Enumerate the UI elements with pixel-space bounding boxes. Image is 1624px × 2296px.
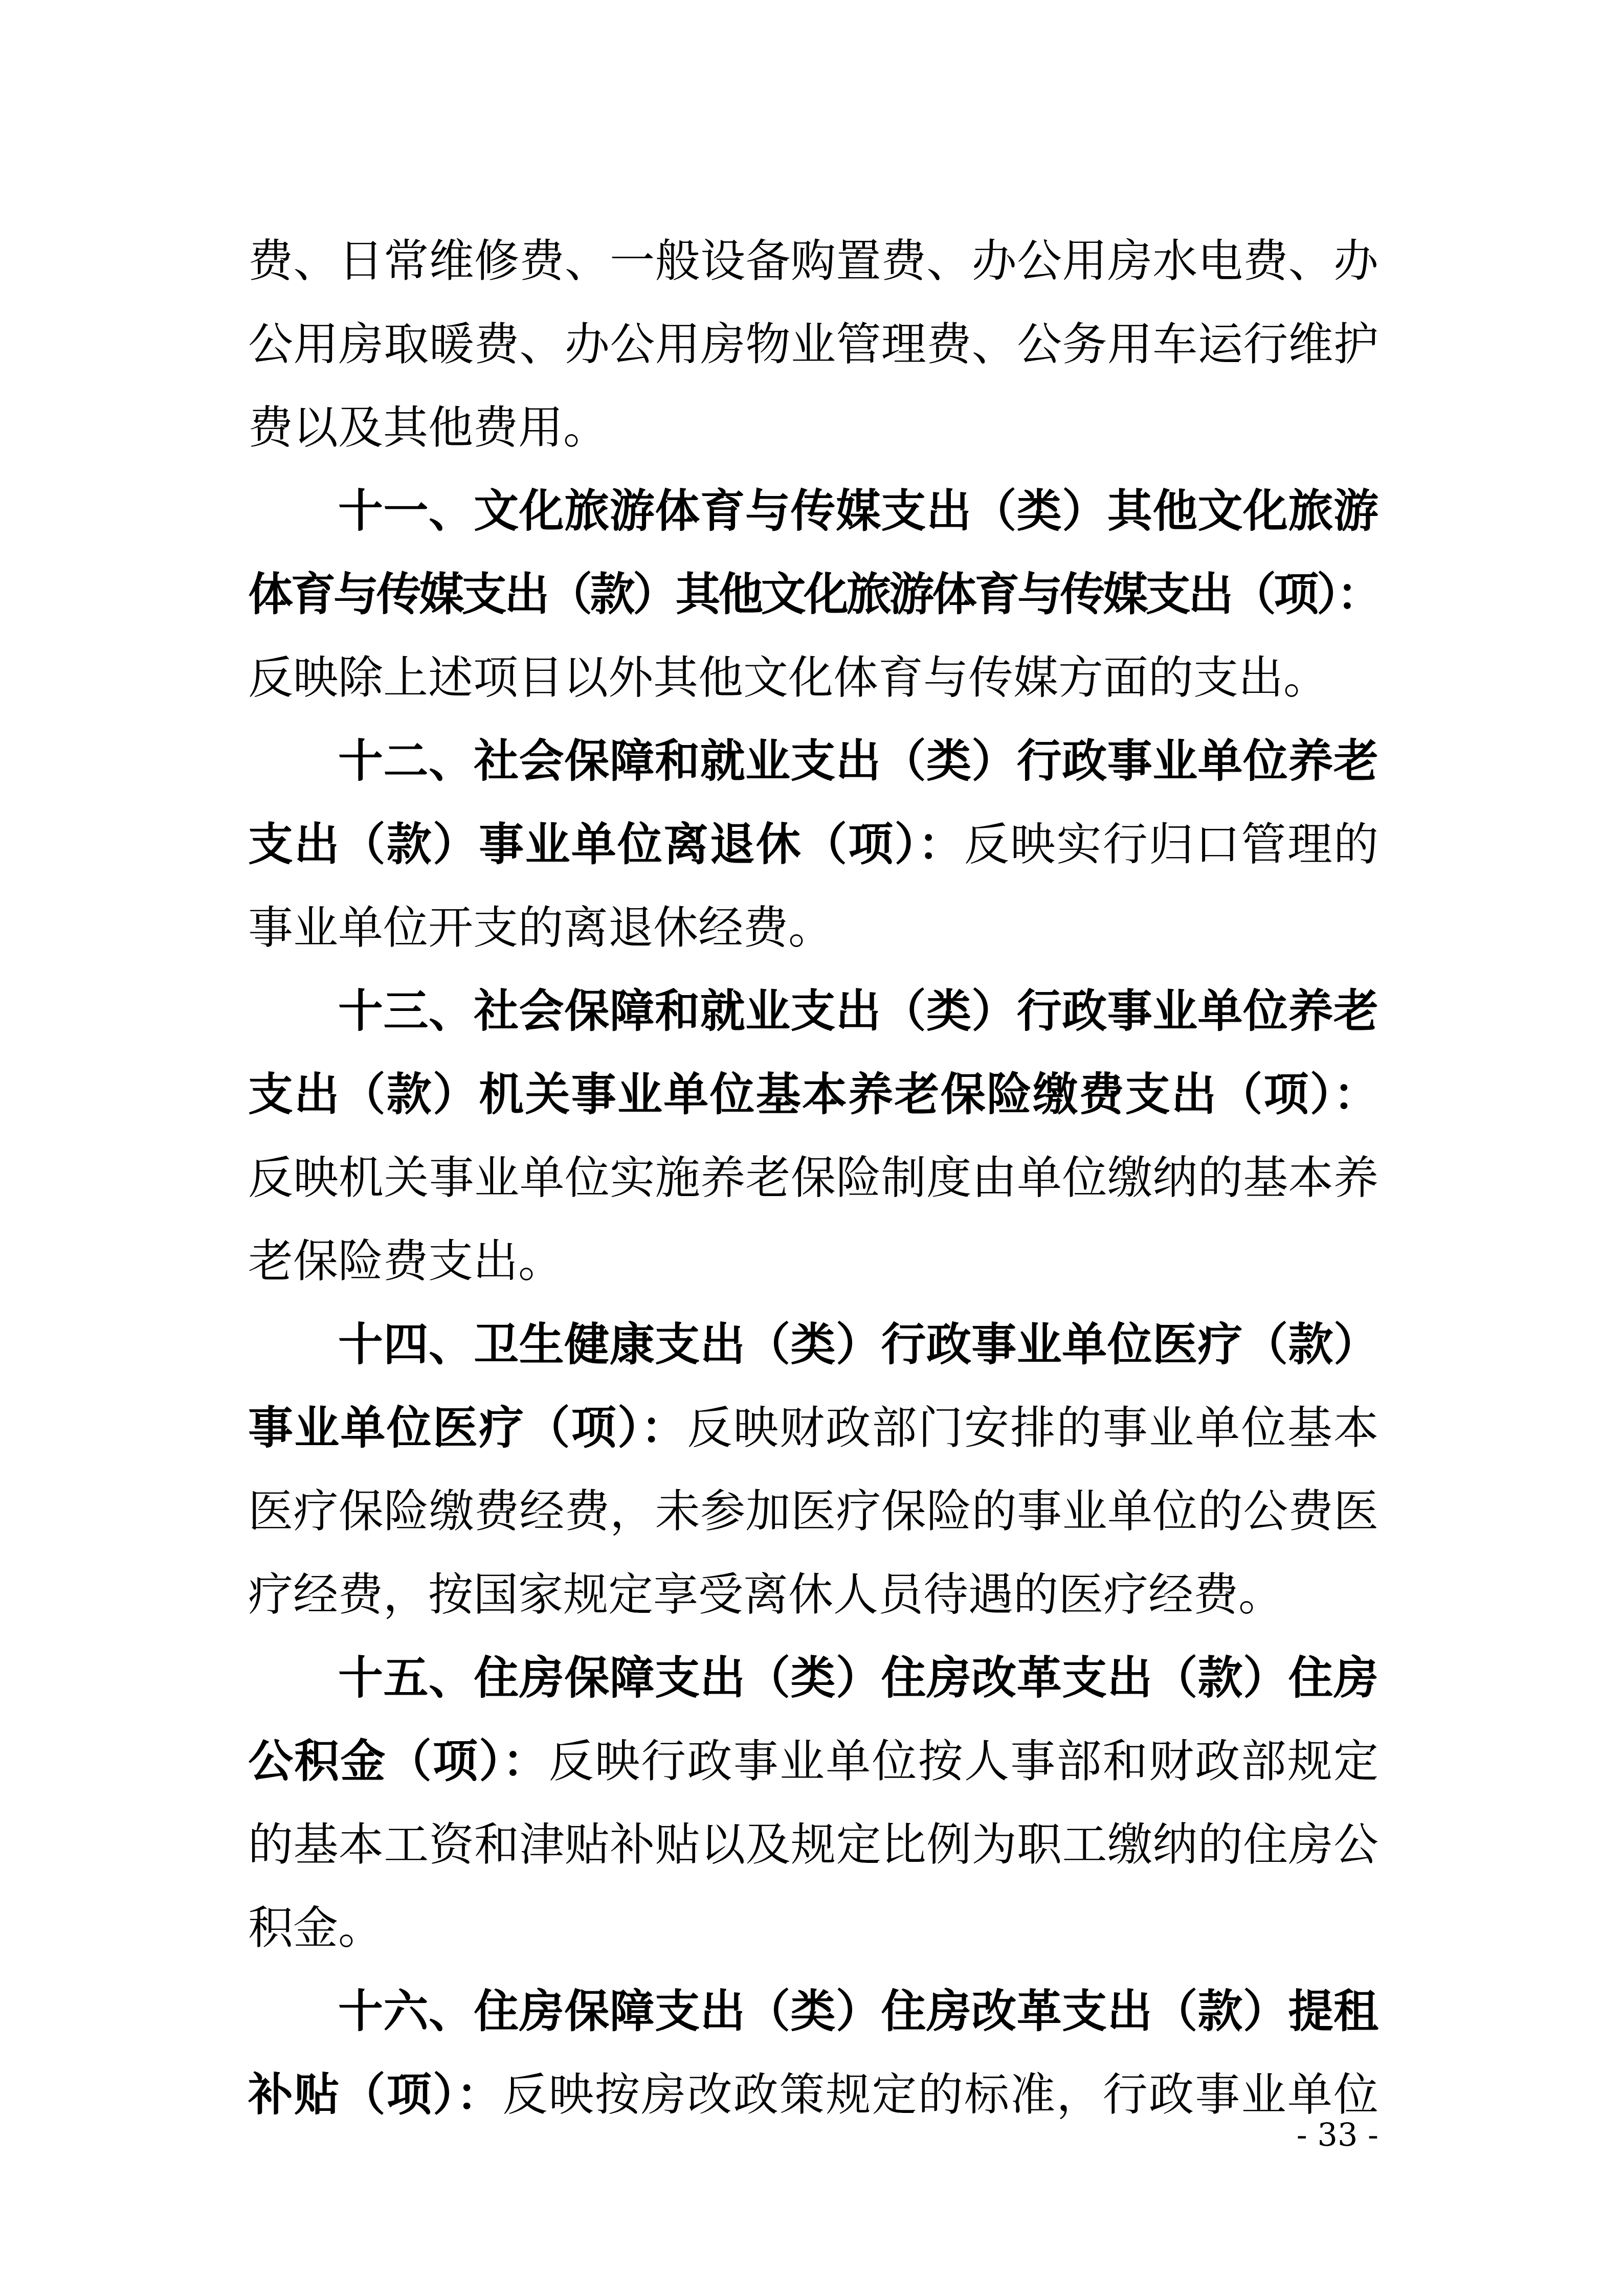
- body-segment: 反映行政事业单位按人事部和财政部规定: [549, 1735, 1378, 1787]
- document-page: 费、日常维修费、一般设备购置费、办公用房水电费、办公用房取暖费、办公用房物业管理…: [0, 0, 1624, 2296]
- body-segment: 老保险费支出。: [248, 1234, 563, 1287]
- text-line: 疗经费，按国家规定享受离休人员待遇的医疗经费。: [248, 1552, 1378, 1636]
- text-line: 积金。: [248, 1886, 1378, 1969]
- text-line: 老保险费支出。: [248, 1219, 1378, 1302]
- heading-segment: 公积金（项）：: [248, 1735, 549, 1787]
- body-segment: 积金。: [248, 1901, 383, 1954]
- heading-segment: 十一、文化旅游体育与传媒支出（类）其他文化旅游: [338, 484, 1378, 537]
- text-line: 事业单位医疗（项）：反映财政部门安排的事业单位基本: [248, 1386, 1378, 1469]
- heading-segment: 体育与传媒支出（款）其他文化旅游体育与传媒支出（项）：: [248, 568, 1378, 620]
- body-segment: 反映按房改政策规定的标准，行政事业单位: [503, 2068, 1378, 2121]
- heading-segment: 十二、社会保障和就业支出（类）行政事业单位养老: [338, 734, 1378, 787]
- text-line: 费、日常维修费、一般设备购置费、办公用房水电费、办: [248, 219, 1378, 302]
- body-segment: 疗经费，按国家规定享受离休人员待遇的医疗经费。: [248, 1568, 1283, 1620]
- body-segment: 反映机关事业单位实施养老保险制度由单位缴纳的基本养: [248, 1151, 1378, 1204]
- page-number: - 33 -: [248, 2114, 1378, 2155]
- heading-segment: 十六、住房保障支出（类）住房改革支出（款）提租: [338, 1985, 1378, 2037]
- body-segment: 医疗保险缴费经费，未参加医疗保险的事业单位的公费医: [248, 1484, 1378, 1537]
- text-line: 十三、社会保障和就业支出（类）行政事业单位养老: [248, 969, 1378, 1052]
- heading-segment: 支出（款）事业单位离退休（项）：: [248, 818, 964, 870]
- text-line: 反映机关事业单位实施养老保险制度由单位缴纳的基本养: [248, 1136, 1378, 1219]
- body-segment: 反映实行归口管理的: [964, 818, 1378, 870]
- body-segment: 反映除上述项目以外其他文化体育与传媒方面的支出。: [248, 651, 1328, 704]
- body-segment: 事业单位开支的离退休经费。: [248, 901, 833, 954]
- text-line: 十二、社会保障和就业支出（类）行政事业单位养老: [248, 719, 1378, 802]
- text-line: 费以及其他费用。: [248, 386, 1378, 469]
- heading-segment: 十四、卫生健康支出（类）行政事业单位医疗（款）: [338, 1318, 1378, 1370]
- text-line: 支出（款）机关事业单位基本养老保险缴费支出（项）：: [248, 1052, 1378, 1136]
- heading-segment: 十五、住房保障支出（类）住房改革支出（款）住房: [338, 1651, 1378, 1704]
- text-line: 支出（款）事业单位离退休（项）：反映实行归口管理的: [248, 802, 1378, 886]
- body-segment: 公用房取暖费、办公用房物业管理费、公务用车运行维护: [248, 318, 1378, 370]
- text-line: 医疗保险缴费经费，未参加医疗保险的事业单位的公费医: [248, 1469, 1378, 1552]
- heading-segment: 补贴（项）：: [248, 2068, 503, 2121]
- body-segment: 费、日常维修费、一般设备购置费、办公用房水电费、办: [248, 234, 1378, 287]
- document-body: 费、日常维修费、一般设备购置费、办公用房水电费、办公用房取暖费、办公用房物业管理…: [248, 219, 1378, 2136]
- text-line: 的基本工资和津贴补贴以及规定比例为职工缴纳的住房公: [248, 1803, 1378, 1886]
- body-segment: 费以及其他费用。: [248, 401, 608, 454]
- text-line: 十五、住房保障支出（类）住房改革支出（款）住房: [248, 1636, 1378, 1719]
- heading-segment: 支出（款）机关事业单位基本养老保险缴费支出（项）：: [248, 1068, 1378, 1120]
- body-segment: 反映财政部门安排的事业单位基本: [687, 1401, 1378, 1454]
- text-line: 公用房取暖费、办公用房物业管理费、公务用车运行维护: [248, 302, 1378, 386]
- heading-segment: 事业单位医疗（项）：: [248, 1401, 687, 1454]
- text-line: 公积金（项）：反映行政事业单位按人事部和财政部规定: [248, 1719, 1378, 1803]
- text-line: 十一、文化旅游体育与传媒支出（类）其他文化旅游: [248, 469, 1378, 552]
- text-line: 事业单位开支的离退休经费。: [248, 886, 1378, 969]
- body-segment: 的基本工资和津贴补贴以及规定比例为职工缴纳的住房公: [248, 1818, 1378, 1871]
- text-line: 十六、住房保障支出（类）住房改革支出（款）提租: [248, 1969, 1378, 2053]
- text-line: 十四、卫生健康支出（类）行政事业单位医疗（款）: [248, 1302, 1378, 1386]
- text-line: 体育与传媒支出（款）其他文化旅游体育与传媒支出（项）：: [248, 552, 1378, 636]
- heading-segment: 十三、社会保障和就业支出（类）行政事业单位养老: [338, 984, 1378, 1037]
- text-line: 反映除上述项目以外其他文化体育与传媒方面的支出。: [248, 636, 1378, 719]
